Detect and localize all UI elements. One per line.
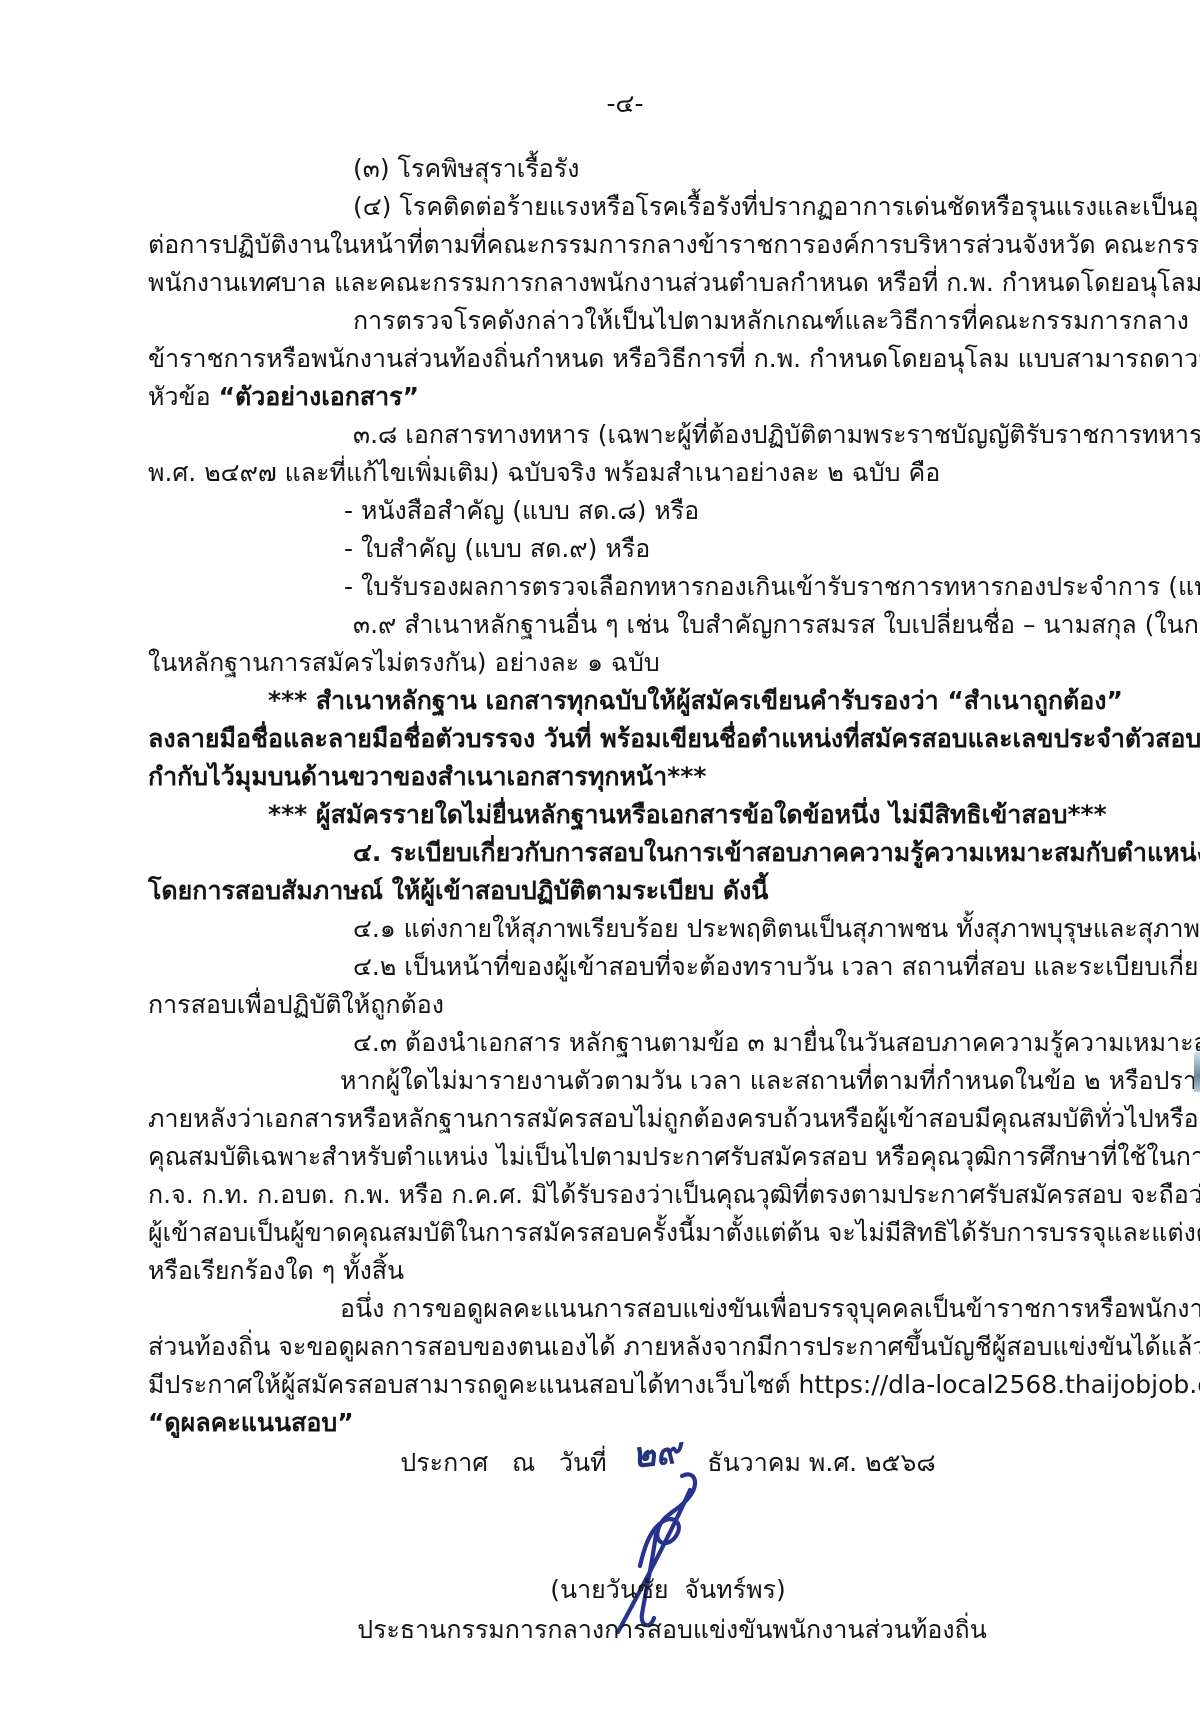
document-line: *** สำเนาหลักฐาน เอกสารทุกฉบับให้ผู้สมัค… [148,682,1063,720]
document-line: ๔.๑ แต่งกายให้สุภาพเรียบร้อย ประพฤติตนเป… [148,910,1063,948]
document-line: ในหลักฐานการสมัครไม่ตรงกัน) อย่างละ ๑ ฉบ… [148,644,1063,682]
document-line: หรือเรียกร้องใด ๆ ทั้งสิ้น [148,1252,1063,1290]
document-page: -๔- (๓) โรคพิษสุราเรื้อรัง(๔) โรคติดต่อร… [0,0,1200,1723]
date-prefix: ประกาศ ณ วันที่ [400,1448,606,1477]
document-line: ข้าราชการหรือพนักงานส่วนท้องถิ่นกำหนด หร… [148,340,1063,378]
document-line: ภายหลังว่าเอกสารหรือหลักฐานการสมัครสอบไม… [148,1100,1063,1138]
document-line: กำกับไว้มุมบนด้านขวาของสำเนาเอกสารทุกหน้… [148,758,1063,796]
document-line: การตรวจโรคดังกล่าวให้เป็นไปตามหลักเกณฑ์แ… [148,302,1063,340]
document-line: ๔.๒ เป็นหน้าที่ของผู้เข้าสอบที่จะต้องทรา… [148,948,1063,986]
document-line: โดยการสอบสัมภาษณ์ ให้ผู้เข้าสอบปฏิบัติตา… [148,872,1063,910]
document-line: ก.จ. ก.ท. ก.อบต. ก.พ. หรือ ก.ค.ศ. มิได้ร… [148,1176,1063,1214]
document-line: ต่อการปฏิบัติงานในหน้าที่ตามที่คณะกรรมกา… [148,226,1063,264]
document-line: - หนังสือสำคัญ (แบบ สด.๘) หรือ [148,492,1063,530]
signatory-title: ประธานกรรมการกลางการสอบแข่งขันพนักงานส่ว… [172,1612,1172,1648]
document-line: หากผู้ใดไม่มารายงานตัวตามวัน เวลา และสถา… [148,1062,1063,1100]
document-line: หัวข้อ “ตัวอย่างเอกสาร” [148,378,1063,416]
document-line: ๓.๘ เอกสารทางทหาร (เฉพาะผู้ที่ต้องปฏิบัต… [148,416,1063,454]
document-line: ๔.๓ ต้องนำเอกสาร หลักฐานตามข้อ ๓ มายื่นใ… [148,1024,1063,1062]
announcement-date-line: ประกาศ ณ วันที่๒๙ธันวาคม พ.ศ. ๒๕๖๘ [168,1442,1168,1481]
document-line: (๓) โรคพิษสุราเรื้อรัง [148,150,1063,188]
document-line: - ใบรับรองผลการตรวจเลือกทหารกองเกินเข้าร… [148,568,1063,606]
document-line: ๓.๙ สำเนาหลักฐานอื่น ๆ เช่น ใบสำคัญการสม… [148,606,1063,644]
document-body: (๓) โรคพิษสุราเรื้อรัง(๔) โรคติดต่อร้ายแ… [148,150,1063,1442]
document-line: พนักงานเทศบาล และคณะกรรมการกลางพนักงานส่… [148,264,1063,302]
document-line: *** ผู้สมัครรายใดไม่ยื่นหลักฐานหรือเอกสา… [148,796,1063,834]
scan-artifact [1194,1052,1200,1092]
document-line: ๔. ระเบียบเกี่ยวกับการสอบในการเข้าสอบภาค… [148,834,1063,872]
document-line: คุณสมบัติเฉพาะสำหรับตำแหน่ง ไม่เป็นไปตาม… [148,1138,1063,1176]
document-line: อนึ่ง การขอดูผลคะแนนการสอบแข่งขันเพื่อบร… [148,1290,1063,1328]
document-line: - ใบสำคัญ (แบบ สด.๙) หรือ [148,530,1063,568]
page-number: -๔- [0,84,1200,124]
document-line: มีประกาศให้ผู้สมัครสอบสามารถดูคะแนนสอบได… [148,1366,1063,1404]
document-line: “ดูผลคะแนนสอบ” [148,1404,1063,1442]
document-line: (๔) โรคติดต่อร้ายแรงหรือโรคเรื้อรังที่ปร… [148,188,1063,226]
handwritten-day: ๒๙ [630,1433,683,1475]
document-line: การสอบเพื่อปฏิบัติให้ถูกต้อง [148,986,1063,1024]
date-suffix: ธันวาคม พ.ศ. ๒๕๖๘ [707,1448,935,1477]
signatory-name: (นายวันชัย จันทร์พร) [168,1572,1168,1608]
document-line: พ.ศ. ๒๔๙๗ และที่แก้ไขเพิ่มเติม) ฉบับจริง… [148,454,1063,492]
document-line: ลงลายมือชื่อและลายมือชื่อตัวบรรจง วันที่… [148,720,1063,758]
document-line: ส่วนท้องถิ่น จะขอดูผลการสอบของตนเองได้ ภ… [148,1328,1063,1366]
document-line: ผู้เข้าสอบเป็นผู้ขาดคุณสมบัติในการสมัครส… [148,1214,1063,1252]
